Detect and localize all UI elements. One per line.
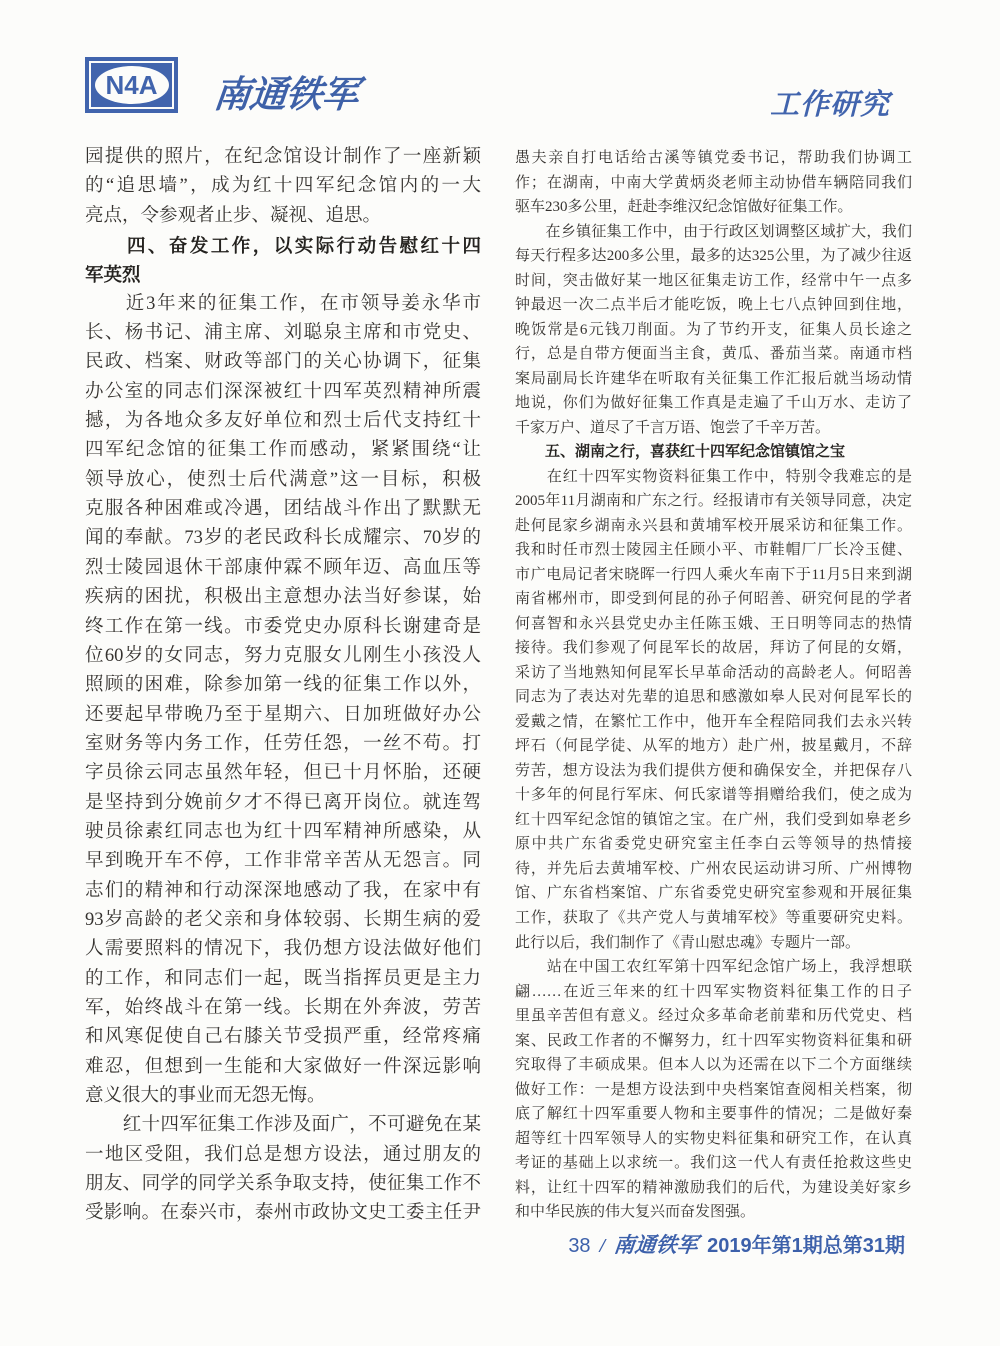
- text-line: 疾病的困扰，积极出主意想办法当好参谋，始: [85, 583, 481, 612]
- page-number: 38: [568, 1235, 590, 1258]
- text-line: 行，总是自带方便面当主食，黄瓜、番茄当菜。南通市档: [515, 342, 912, 367]
- n4a-logo-text: N4A: [105, 70, 157, 101]
- text-line: 待，并先后去黄埔军校、广州农民运动讲习所、广州博物: [515, 857, 912, 882]
- text-line: 在红十四军实物资料征集工作中，特别令我难忘的是: [515, 465, 912, 490]
- text-line: 93岁高龄的老父亲和身体较弱、长期生病的爱: [85, 906, 481, 935]
- page-footer: 38 / 南通铁军 2019年第1期总第31期: [568, 1229, 905, 1259]
- text-line: 驱车230多公里，赶赴李维汉纪念馆做好征集工作。: [515, 195, 912, 220]
- text-line: 料，让红十四军的精神激励我们的后代，为建设美好家乡: [515, 1176, 912, 1201]
- text-line: 考证的基础上以求统一。我们这一代人有责任抢救这些史: [515, 1151, 912, 1176]
- text-line: 做好工作：一是想方设法到中央档案馆查阅相关档案，彻: [515, 1078, 912, 1103]
- heading-line: 五、湖南之行，喜获红十四军纪念馆镇馆之宝: [515, 440, 912, 465]
- text-line: 室财务等内务工作，任劳任怨，一丝不苟。打: [85, 730, 481, 759]
- text-line: 近3年来的征集工作，在市领导姜永华市: [85, 290, 481, 319]
- text-line: 领导放心，使烈士后代满意”这一目标，积极: [85, 466, 481, 495]
- text-line: 终工作在第一线。市委党史办原科长谢建奇是: [85, 613, 481, 642]
- text-line: 和中华民族的伟大复兴而奋发图强。: [515, 1200, 912, 1225]
- text-line: 亮点，令参观者止步、凝视、追思。: [85, 202, 481, 231]
- heading-line: 军英烈: [85, 260, 481, 289]
- n4a-logo: N4A: [85, 57, 178, 113]
- text-line: 的“追思墙”，成为红十四军纪念馆内的一大: [85, 172, 481, 201]
- text-line: 红十四军纪念馆的镇馆之宝。在广州，我们受到如皋老乡: [515, 808, 912, 833]
- text-line: 字员徐云同志虽然年轻，但已十月怀胎，还硬: [85, 759, 481, 788]
- masthead-calligraphy: 南通铁军: [211, 64, 361, 118]
- right-column: 愚夫亲自打电话给古溪等镇党委书记，帮助我们协调工作；在湖南，中南大学黄炳炎老师主…: [515, 146, 912, 1225]
- text-line: 原中共广东省委党史研究室主任李白云等领导的热情接: [515, 832, 912, 857]
- section-title: 工作研究: [770, 82, 890, 123]
- text-line: 案、民政工作者的不懈努力，红十四军实物资料征集和研: [515, 1029, 912, 1054]
- text-line: 工作，获取了《共产党人与黄埔军校》等重要研究史料。: [515, 906, 912, 931]
- text-line: 是坚持到分娩前夕才不得已离开岗位。就连驾: [85, 789, 481, 818]
- text-line: 驶员徐素红同志也为红十四军精神所感染，从: [85, 818, 481, 847]
- text-line: 案局副局长许建华在听取有关征集工作汇报后就当场动情: [515, 367, 912, 392]
- text-line: 和风寒促使自己右膝关节受损严重，经常疼痛: [85, 1023, 481, 1052]
- text-line: 南省郴州市，即受到何昆的孙子何昭善、研究何昆的学者: [515, 587, 912, 612]
- footer-issue-info: 2019年第1期总第31期: [707, 1229, 905, 1258]
- text-line: 长、杨书记、浦主席、刘聪泉主席和市党史、: [85, 319, 481, 348]
- text-line: 采访了当地熟知何昆军长早革命活动的高龄老人。何昭善: [515, 661, 912, 686]
- text-line: 一地区受阻，我们总是想方设法，通过朋友的: [85, 1141, 481, 1170]
- journal-page: N4A 南通铁军 工作研究 园提供的照片，在纪念馆设计制作了一座新颖的“追思墙”…: [0, 0, 1000, 1346]
- text-line: 人需要照料的情况下，我仍想方设法做好他们: [85, 935, 481, 964]
- text-line: 底了解红十四军重要人物和主要事件的情况；二是做好秦: [515, 1102, 912, 1127]
- text-line: 朋友、同学的同学关系争取支持，使征集工作不: [85, 1170, 481, 1199]
- text-line: 千家万户、道尽了千言万语、饱尝了千辛万苦。: [515, 416, 912, 441]
- text-line: 受影响。在泰兴市，泰州市政协文史工委主任尹: [85, 1199, 481, 1228]
- text-line: 十多年的何昆行军床、何氏家谱等捐赠给我们，使之成为: [515, 783, 912, 808]
- text-line: 翩……在近三年来的红十四军实物资料征集工作的日子: [515, 980, 912, 1005]
- left-column: 园提供的照片，在纪念馆设计制作了一座新颖的“追思墙”，成为红十四军纪念馆内的一大…: [85, 143, 481, 1229]
- footer-separator: /: [600, 1235, 606, 1258]
- text-line: 意义很大的事业而无怨无悔。: [85, 1082, 481, 1111]
- text-line: 早到晚开车不停，工作非常辛苦从无怨言。同: [85, 847, 481, 876]
- text-line: 烈士陵园退休干部康仲霖不顾年迈、高血压等: [85, 554, 481, 583]
- text-line: 的工作，和同志们一起，既当指挥员更是主力: [85, 965, 481, 994]
- text-line: 办公室的同志们深深被红十四军英烈精神所震: [85, 378, 481, 407]
- text-line: 此行以后，我们制作了《青山慰忠魂》专题片一部。: [515, 931, 912, 956]
- text-line: 钟最迟一次二点半后才能吃饭，晚上七八点钟回到住地，: [515, 293, 912, 318]
- text-line: 位60岁的女同志，努力克服女儿刚生小孩没人: [85, 642, 481, 671]
- text-line: 接待。我们参观了何昆军长的故居，拜访了何昆的女婿，: [515, 636, 912, 661]
- text-line: 每天行程多达200多公里，最多的达325公里，为了减少往返: [515, 244, 912, 269]
- text-line: 超等红十四军领导人的实物史料征集和研究工作，在认真: [515, 1127, 912, 1152]
- text-line: 里虽辛苦但有意义。经过众多革命老前辈和历代党史、档: [515, 1004, 912, 1029]
- text-line: 愚夫亲自打电话给古溪等镇党委书记，帮助我们协调工: [515, 146, 912, 171]
- text-line: 作；在湖南，中南大学黄炳炎老师主动协借车辆陪同我们: [515, 171, 912, 196]
- text-line: 何喜智和永兴县党史办主任陈玉娥、王日明等同志的热情: [515, 612, 912, 637]
- n4a-logo-oval: N4A: [95, 66, 169, 104]
- text-line: 时间，突击做好某一地区征集走访工作，经常中午一点多: [515, 269, 912, 294]
- text-line: 同志为了表达对先辈的追思和感激如皋人民对何昆军长的: [515, 685, 912, 710]
- text-line: 四军纪念馆的征集工作而感动，紧紧围绕“让: [85, 436, 481, 465]
- text-line: 爱戴之情，在繁忙工作中，他开车全程陪同我们去永兴转: [515, 710, 912, 735]
- text-line: 赴何昆家乡湖南永兴县和黄埔军校开展采访和征集工作。: [515, 514, 912, 539]
- text-line: 究取得了丰硕成果。但本人以为还需在以下二个方面继续: [515, 1053, 912, 1078]
- text-line: 站在中国工农红军第十四军纪念馆广场上，我浮想联: [515, 955, 912, 980]
- text-line: 志们的精神和行动深深地感动了我，在家中有: [85, 877, 481, 906]
- text-line: 市广电局记者宋晓晖一行四人乘火车南下于11月5日来到湖: [515, 563, 912, 588]
- heading-line: 四、奋发工作，以实际行动告慰红十四: [85, 231, 481, 260]
- text-line: 晚饭常是6元钱刀削面。为了节约开支，征集人员长途之: [515, 318, 912, 343]
- text-line: 2005年11月湖南和广东之行。经报请市有关领导同意，决定: [515, 489, 912, 514]
- text-line: 劳苦，想方设法为我们提供方便和确保安全，并把保存八: [515, 759, 912, 784]
- text-line: 照顾的困难，除参加第一线的征集工作以外，: [85, 671, 481, 700]
- text-line: 坪石（何昆学徒、从军的地方）赴广州，披星戴月，不辞: [515, 734, 912, 759]
- n4a-logo-frame: N4A: [89, 61, 174, 109]
- text-line: 民政、档案、财政等部门的关心协调下，征集: [85, 348, 481, 377]
- text-line: 难忍，但想到一生能和大家做好一件深远影响: [85, 1053, 481, 1082]
- text-line: 撼，为各地众多友好单位和烈士后代支持红十: [85, 407, 481, 436]
- text-line: 在乡镇征集工作中，由于行政区划调整区域扩大，我们: [515, 220, 912, 245]
- text-line: 还要起早带晚乃至于星期六、日加班做好办公: [85, 701, 481, 730]
- text-line: 地说，你们为做好征集工作真是走遍了千山万水、走访了: [515, 391, 912, 416]
- footer-journal-name: 南通铁军: [613, 1229, 700, 1259]
- text-line: 闻的奉献。73岁的老民政科长成耀宗、70岁的: [85, 524, 481, 553]
- text-line: 馆、广东省档案馆、广东省委党史研究室参观和开展征集: [515, 881, 912, 906]
- text-line: 军，始终战斗在第一线。长期在外奔波，劳苦: [85, 994, 481, 1023]
- text-line: 园提供的照片，在纪念馆设计制作了一座新颖: [85, 143, 481, 172]
- text-line: 红十四军征集工作涉及面广，不可避免在某: [85, 1111, 481, 1140]
- text-line: 克服各种困难或冷遇，团结战斗作出了默默无: [85, 495, 481, 524]
- text-line: 我和时任市烈士陵园主任顾小平、市鞋帽厂厂长冷玉健、: [515, 538, 912, 563]
